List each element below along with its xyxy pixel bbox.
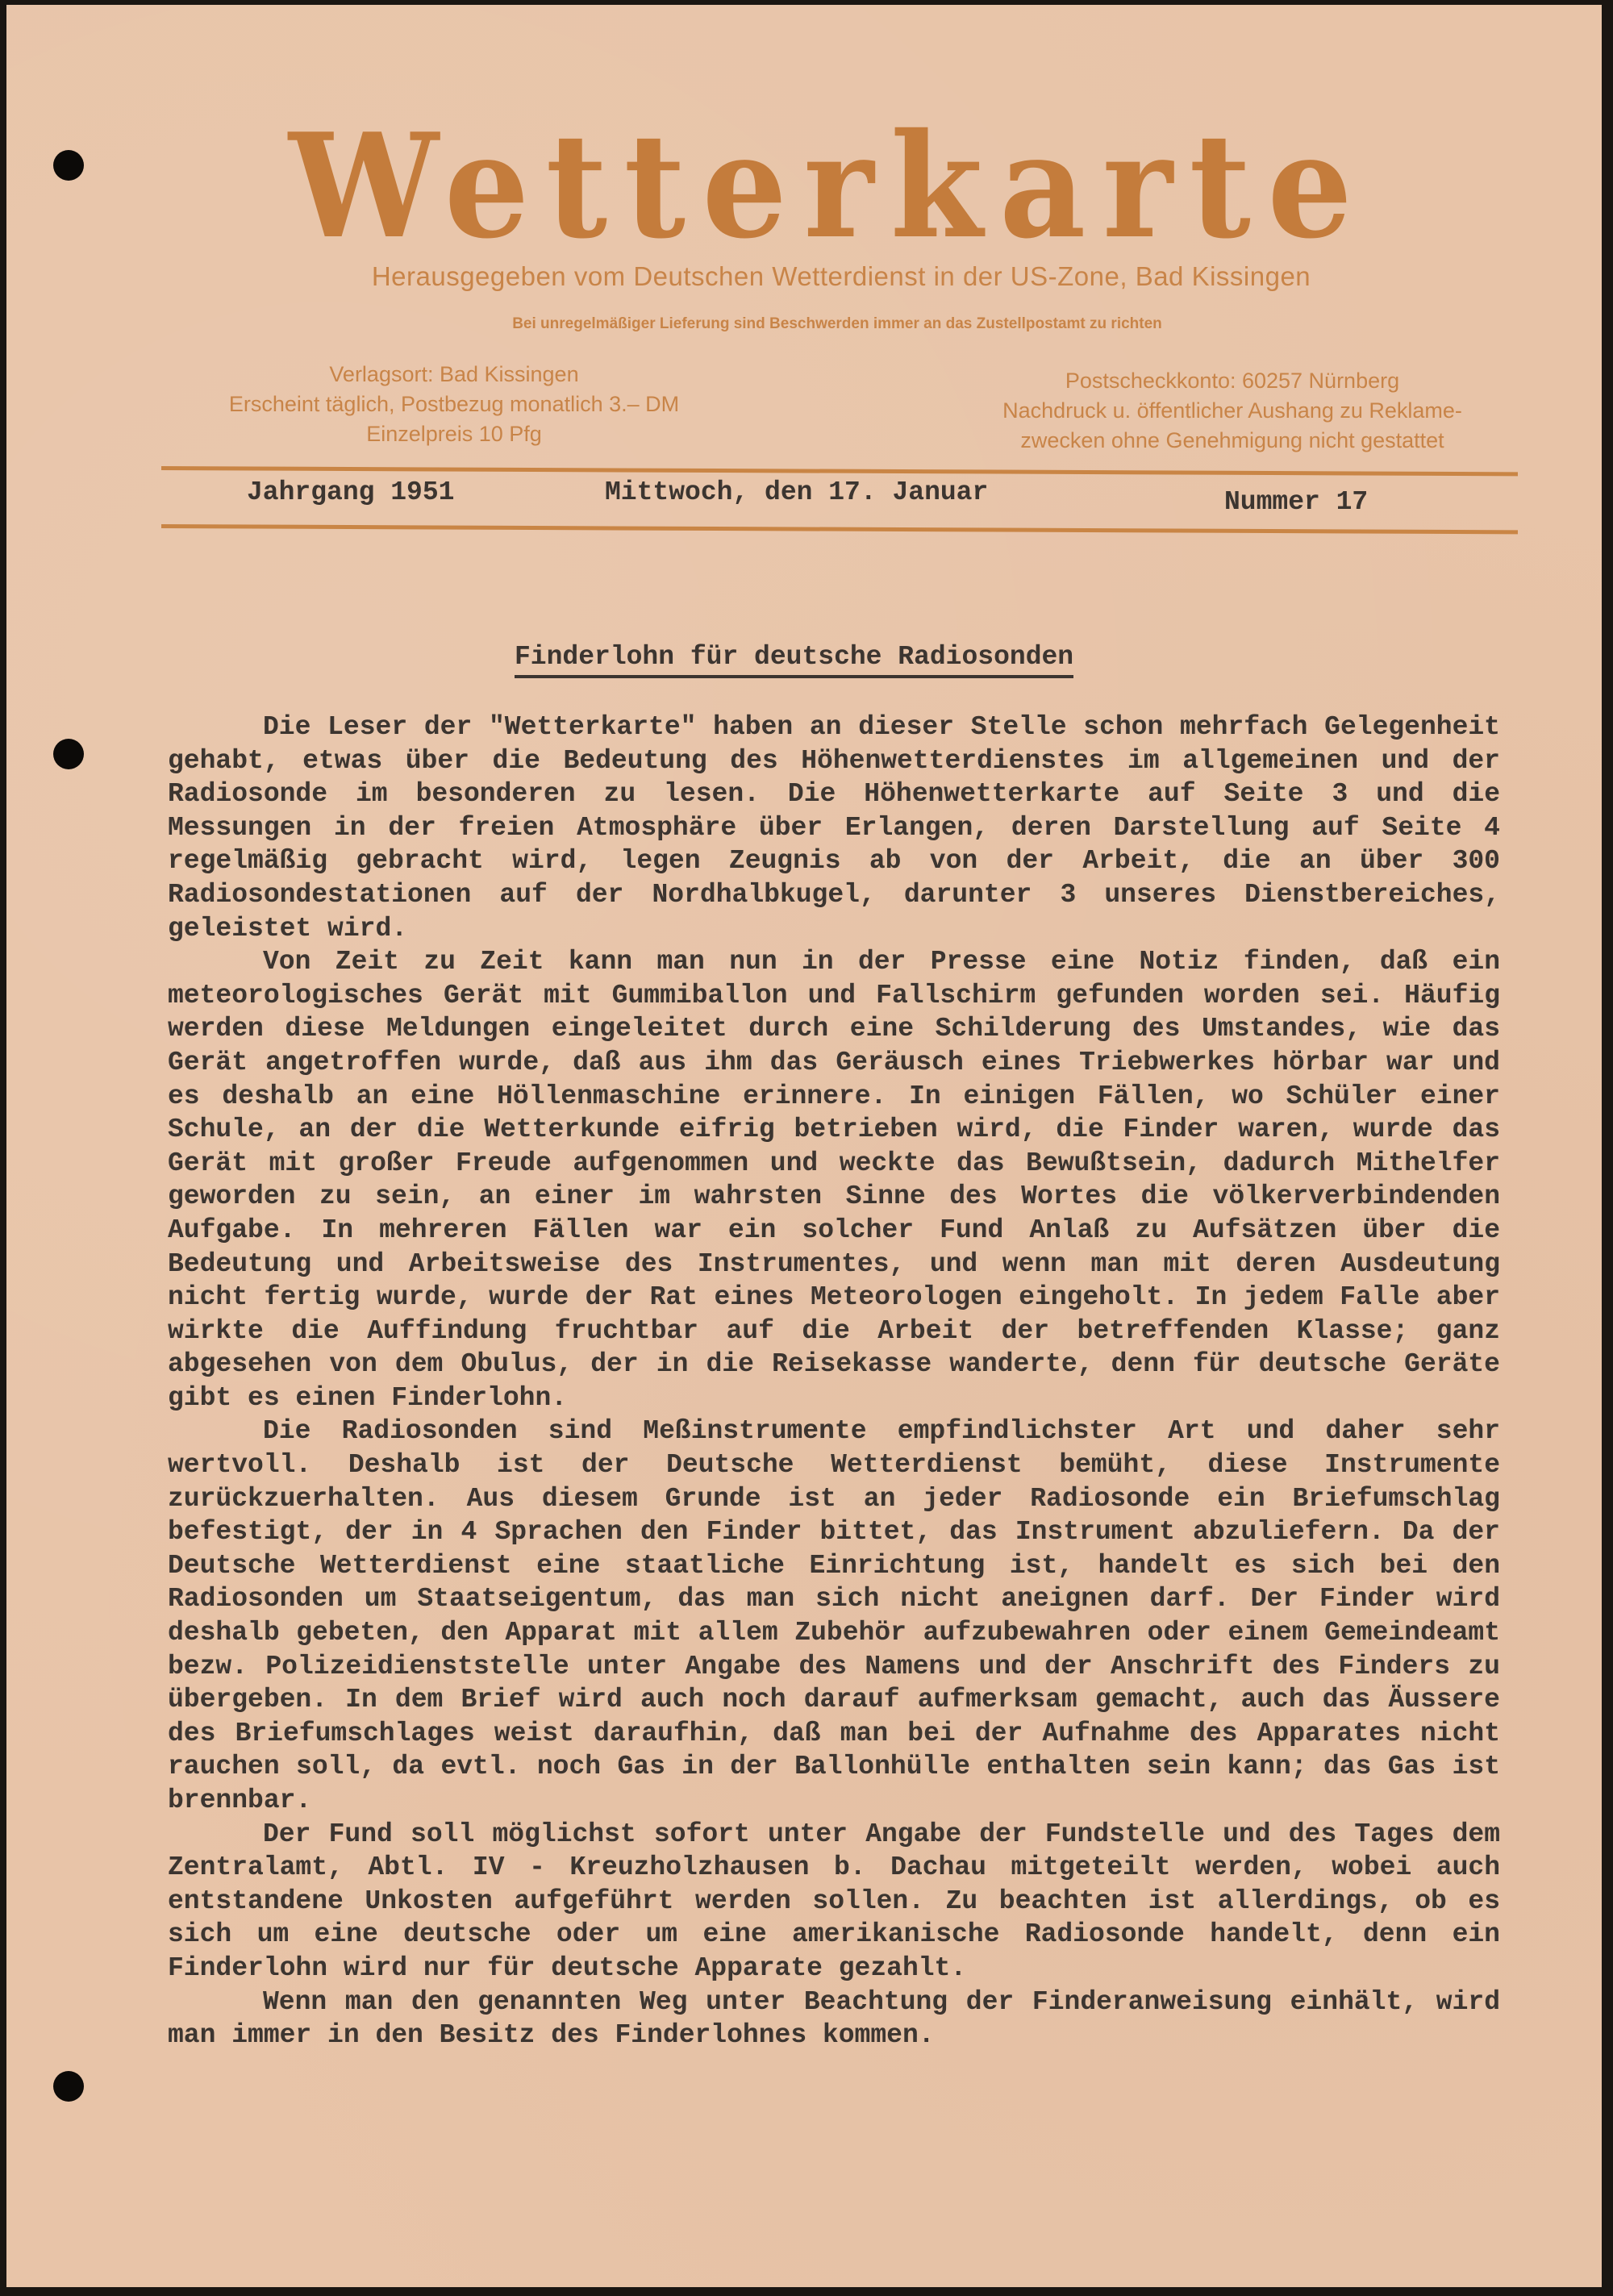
delivery-notice: Bei unregelmäßiger Lieferung sind Beschw… xyxy=(442,315,1232,333)
article-paragraph: Die Radiosonden sind Meßinstrumente empf… xyxy=(168,1415,1500,1817)
punch-hole xyxy=(53,2071,84,2102)
copyright-info: Postscheckkonto: 60257 Nürnberg Nachdruc… xyxy=(958,366,1507,456)
publisher-line: Herausgegeben vom Deutschen Wetterdienst… xyxy=(297,261,1386,292)
punch-hole xyxy=(53,739,84,769)
issue-number: Nummer 17 xyxy=(1224,487,1368,517)
divider-rule xyxy=(161,466,1518,476)
reprint-notice-line1: Nachdruck u. öffentlicher Aushang zu Rek… xyxy=(958,396,1507,426)
masthead-title: Wetterkarte xyxy=(289,115,1316,258)
reprint-notice-line2: zwecken ohne Genehmigung nicht gestattet xyxy=(958,426,1507,456)
punch-hole xyxy=(53,150,84,181)
article-body: Die Leser der "Wetterkarte" haben an die… xyxy=(168,710,1500,2052)
divider-rule xyxy=(161,524,1518,534)
article-title: Finderlohn für deutsche Radiosonden xyxy=(515,642,1073,678)
article-paragraph: Wenn man den genannten Weg unter Beachtu… xyxy=(168,1986,1500,2052)
publication-info: Verlagsort: Bad Kissingen Erscheint tägl… xyxy=(180,360,728,449)
postal-account: Postscheckkonto: 60257 Nürnberg xyxy=(958,366,1507,396)
single-price: Einzelpreis 10 Pfg xyxy=(180,419,728,449)
subscription-info: Erscheint täglich, Postbezug monatlich 3… xyxy=(180,390,728,419)
issue-year: Jahrgang 1951 xyxy=(247,477,454,507)
article-paragraph: Der Fund soll möglichst sofort unter Ang… xyxy=(168,1818,1500,1986)
issue-date: Mittwoch, den 17. Januar xyxy=(605,477,988,507)
publication-place: Verlagsort: Bad Kissingen xyxy=(180,360,728,390)
article-paragraph: Die Leser der "Wetterkarte" haben an die… xyxy=(168,710,1500,945)
article-paragraph: Von Zeit zu Zeit kann man nun in der Pre… xyxy=(168,945,1500,1415)
newspaper-page: Wetterkarte Herausgegeben vom Deutschen … xyxy=(6,5,1602,2287)
